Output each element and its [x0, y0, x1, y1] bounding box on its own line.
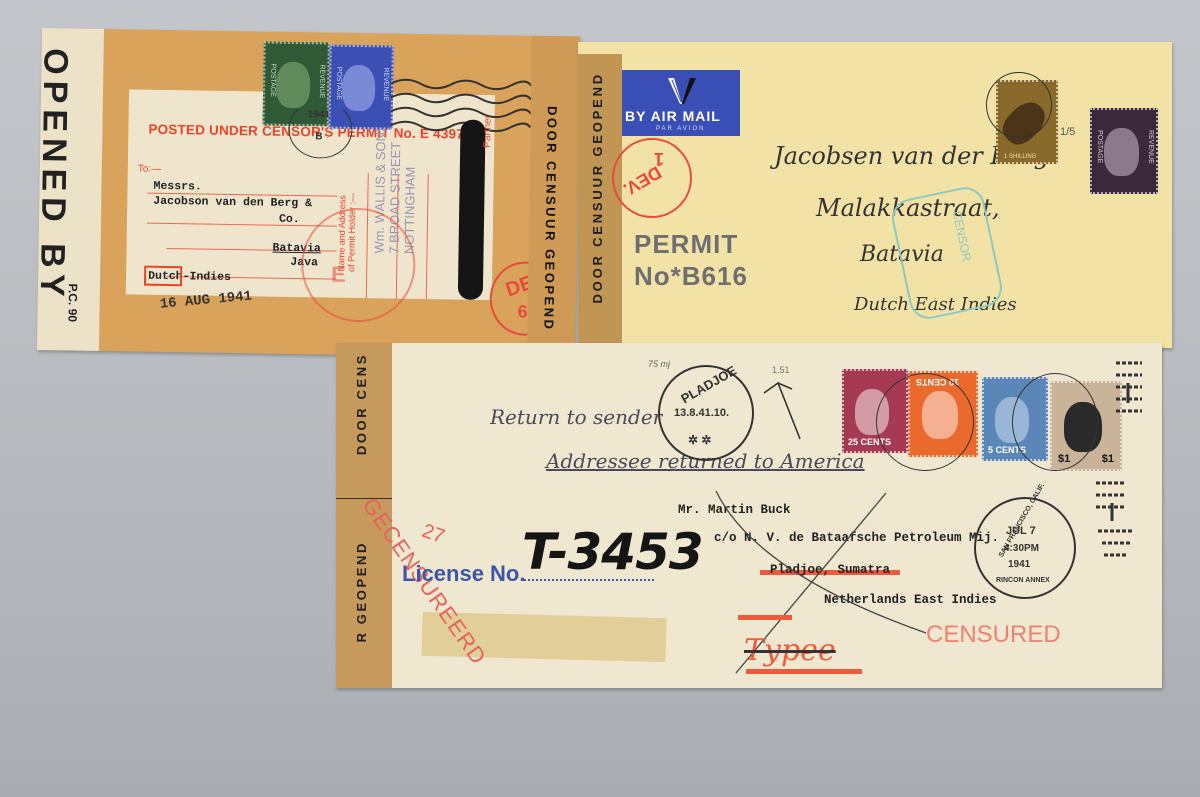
rincon-annex-postmark-1	[876, 373, 974, 471]
red-strike-3	[746, 669, 862, 674]
circular-postmark	[986, 72, 1052, 138]
pencil-arrow-icon	[760, 379, 806, 443]
struck-word: Typee	[744, 633, 836, 668]
censor-number-27: 27	[419, 520, 448, 549]
envelope-1-censor-permit-cover: OPENED BY P.C. 90 POSTED UNDER CENSOR'S …	[37, 28, 580, 358]
envelope-2-airmail-cover: DOOR CENSUUR GEOPEND BY AIR MAIL PAR AVI…	[578, 42, 1172, 348]
address-line-1: Messrs.	[153, 180, 202, 194]
license-label: License No.	[402, 561, 525, 587]
red-strike-2	[738, 615, 792, 620]
permit-b616-stamp: PERMIT No*B616	[634, 228, 748, 292]
wings-icon	[666, 76, 698, 106]
to-label: To:—	[138, 164, 162, 175]
opened-by-tape: OPENED BY P.C. 90	[37, 28, 104, 351]
san-francisco-postmark: SAN FRANCISCO, CALIF. JUL 7 4:30PM 1941 …	[974, 497, 1076, 599]
red-censor-postmark: E	[300, 207, 416, 323]
envelope-3-returned-cover: DOOR CENS R GEOPEND Return to sender Add…	[336, 343, 1162, 688]
address-line-2: Jacobson van den Berg &	[153, 195, 312, 210]
stamp-threepence-violet: POSTAGE REVENUE	[1090, 108, 1158, 194]
red-box-mark	[144, 266, 182, 287]
door-censuur-geopend-tape: DOOR CENSUUR GEOPEND	[578, 54, 622, 346]
air-mail-etiquette: BY AIR MAIL PAR AVION	[622, 70, 740, 136]
red-dev-stamp: DEV. 1	[612, 138, 692, 218]
partner-label: Partner	[482, 115, 494, 148]
pc90-label: P.C. 90	[65, 283, 80, 322]
handwritten-return-to-sender: Return to sender	[490, 405, 662, 429]
pladjoe-postmark: PLADJOE 13.8.41.10. ✲ ✲	[658, 365, 754, 461]
par-avion-text: PAR AVION	[656, 126, 705, 132]
address-line-3: Co.	[279, 213, 300, 226]
license-number-t3453: T-3453	[522, 523, 703, 581]
by-air-mail-text: BY AIR MAIL	[625, 108, 721, 124]
door-censuur-tape: DOOR CENSUUR GEOPEND	[527, 36, 580, 359]
red-censor-fragment: CENSURED	[926, 621, 1061, 649]
pencil-note: 1/5	[1060, 126, 1075, 138]
pencil-note-75: 75 mj	[648, 359, 670, 369]
pencil-note-151: 1.51	[772, 365, 790, 375]
flag-cancel-marks	[1076, 353, 1156, 573]
opened-by-text: OPENED BY	[32, 48, 75, 303]
